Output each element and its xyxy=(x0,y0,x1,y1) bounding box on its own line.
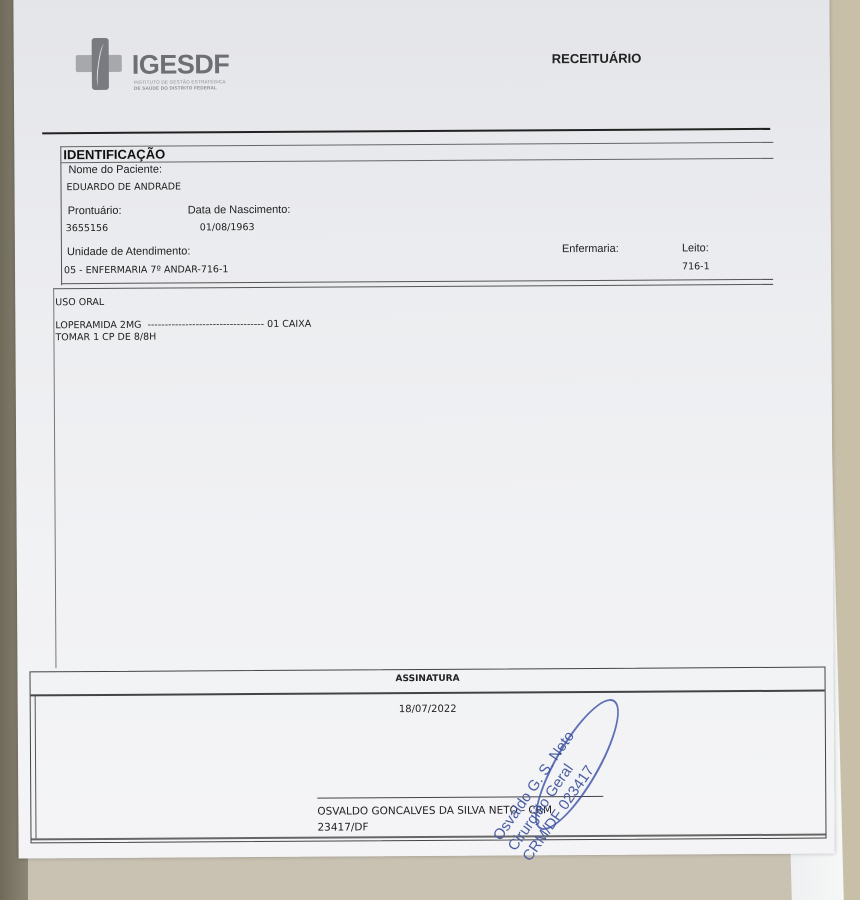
bed-value: 716-1 xyxy=(682,261,710,272)
signature-header-divider xyxy=(31,690,825,697)
prescription-border xyxy=(53,288,56,668)
signature-date: 18/07/2022 xyxy=(31,702,825,718)
signature-section: ASSINATURA 18/07/2022 OSVALDO GONCALVES … xyxy=(29,667,826,844)
section-divider-2 xyxy=(53,284,773,289)
logo-name: IGESDF xyxy=(132,49,230,81)
prescription-document: IGESDF INSTITUTO DE GESTÃO ESTRATÉGICA D… xyxy=(13,0,834,858)
administration-route: USO ORAL xyxy=(55,297,104,308)
logo-subtitle-1: INSTITUTO DE GESTÃO ESTRATÉGICA xyxy=(134,79,226,85)
birth-date-label: Data de Nascimento: xyxy=(188,204,291,217)
identification-header: IDENTIFICAÇÃO xyxy=(61,143,773,163)
care-unit-value: 05 - ENFERMARIA 7º ANDAR-716-1 xyxy=(64,264,228,276)
bed-label: Leito: xyxy=(682,242,709,254)
record-label: Prontuário: xyxy=(68,205,122,217)
care-unit-label: Unidade de Atendimento: xyxy=(67,245,191,258)
identification-title: IDENTIFICAÇÃO xyxy=(63,147,165,163)
medication-line: LOPERAMIDA 2MG -------------------------… xyxy=(55,319,311,332)
patient-name-value: EDUARDO DE ANDRADE xyxy=(67,181,182,193)
igesdf-logo: IGESDF INSTITUTO DE GESTÃO ESTRATÉGICA D… xyxy=(76,37,296,92)
document-title: RECEITUÁRIO xyxy=(552,51,642,67)
record-value: 3655156 xyxy=(66,223,108,234)
identification-section: IDENTIFICAÇÃO Nome do Paciente: EDUARDO … xyxy=(60,142,774,285)
birth-date-value: 01/08/1963 xyxy=(200,222,255,233)
medication-instructions: TOMAR 1 CP DE 8/8H xyxy=(55,332,156,344)
patient-name-label: Nome do Paciente: xyxy=(68,164,162,177)
logo-subtitle-2: DE SAÚDE DO DISTRITO FEDERAL xyxy=(134,85,217,91)
ward-label: Enfermaria: xyxy=(562,243,619,255)
signature-title: ASSINATURA xyxy=(31,672,825,687)
header-divider xyxy=(42,128,770,134)
